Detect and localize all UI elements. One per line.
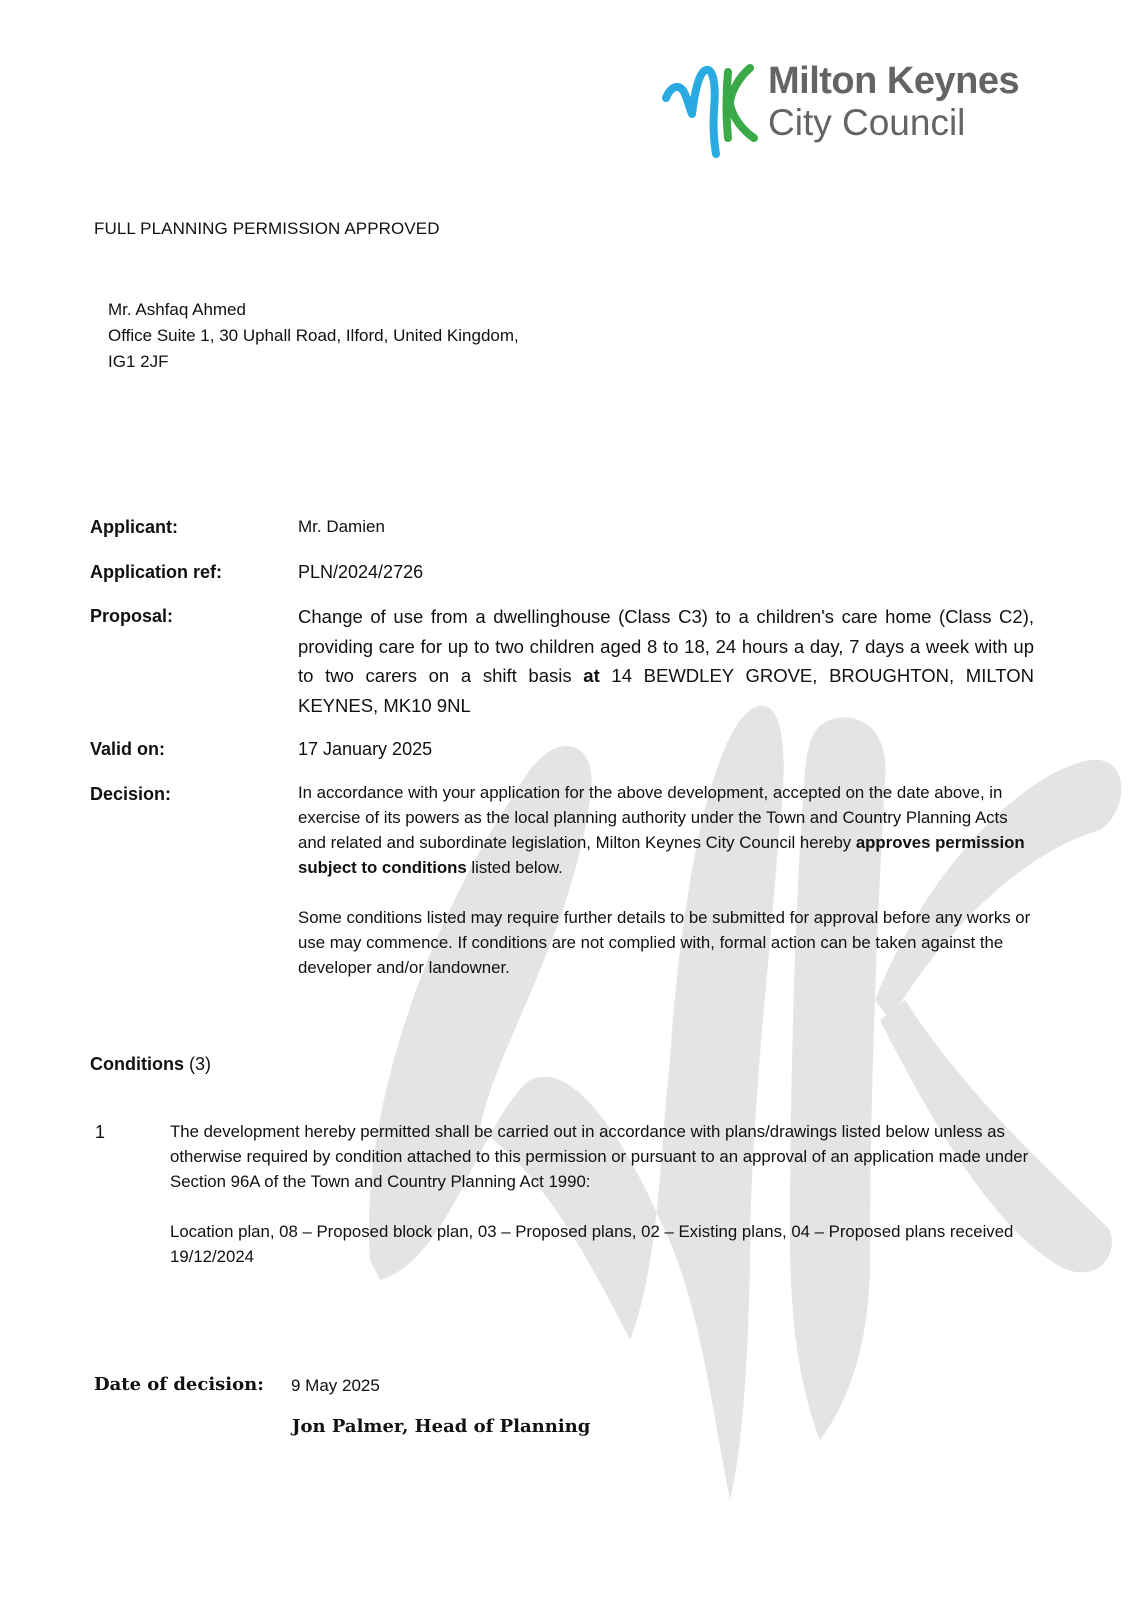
- condition-text: The development hereby permitted shall b…: [170, 1119, 1040, 1194]
- proposal-label: Proposal:: [90, 606, 173, 627]
- condition-number: 1: [95, 1122, 105, 1143]
- condition-item: The development hereby permitted shall b…: [170, 1119, 1040, 1294]
- decision-text-part: listed below.: [467, 858, 563, 877]
- conditions-count: (3): [189, 1054, 211, 1074]
- decision-text: In accordance with your application for …: [298, 780, 1038, 1005]
- date-of-decision-value: 9 May 2025: [291, 1376, 380, 1396]
- application-ref-value: PLN/2024/2726: [298, 562, 423, 583]
- conditions-heading-text: Conditions: [90, 1054, 184, 1074]
- council-logo: Milton Keynes City Council: [662, 58, 1062, 158]
- document-title: FULL PLANNING PERMISSION APPROVED: [94, 219, 440, 239]
- date-of-decision-label: Date of decision:: [94, 1374, 264, 1395]
- mk-logo-icon: [662, 58, 760, 158]
- recipient-address-line2: IG1 2JF: [108, 349, 519, 375]
- valid-on-value: 17 January 2025: [298, 739, 432, 760]
- logo-line2: City Council: [768, 104, 1019, 141]
- recipient-name: Mr. Ashfaq Ahmed: [108, 297, 519, 323]
- applicant-value: Mr. Damien: [298, 517, 385, 537]
- conditions-heading: Conditions (3): [90, 1054, 211, 1075]
- logo-wordmark: Milton Keynes City Council: [768, 58, 1019, 141]
- proposal-bold-word: at: [583, 665, 599, 686]
- application-ref-label: Application ref:: [90, 562, 222, 583]
- recipient-address: Mr. Ashfaq Ahmed Office Suite 1, 30 Upha…: [108, 297, 519, 375]
- logo-line1: Milton Keynes: [768, 62, 1019, 100]
- condition-plans: Location plan, 08 – Proposed block plan,…: [170, 1219, 1040, 1269]
- decision-label: Decision:: [90, 784, 171, 805]
- valid-on-label: Valid on:: [90, 739, 165, 760]
- decision-paragraph-2: Some conditions listed may require furth…: [298, 905, 1038, 980]
- signatory: Jon Palmer, Head of Planning: [292, 1416, 590, 1437]
- applicant-label: Applicant:: [90, 517, 178, 538]
- recipient-address-line1: Office Suite 1, 30 Uphall Road, Ilford, …: [108, 323, 519, 349]
- proposal-text: Change of use from a dwellinghouse (Clas…: [298, 602, 1034, 720]
- decision-paragraph-1: In accordance with your application for …: [298, 780, 1038, 880]
